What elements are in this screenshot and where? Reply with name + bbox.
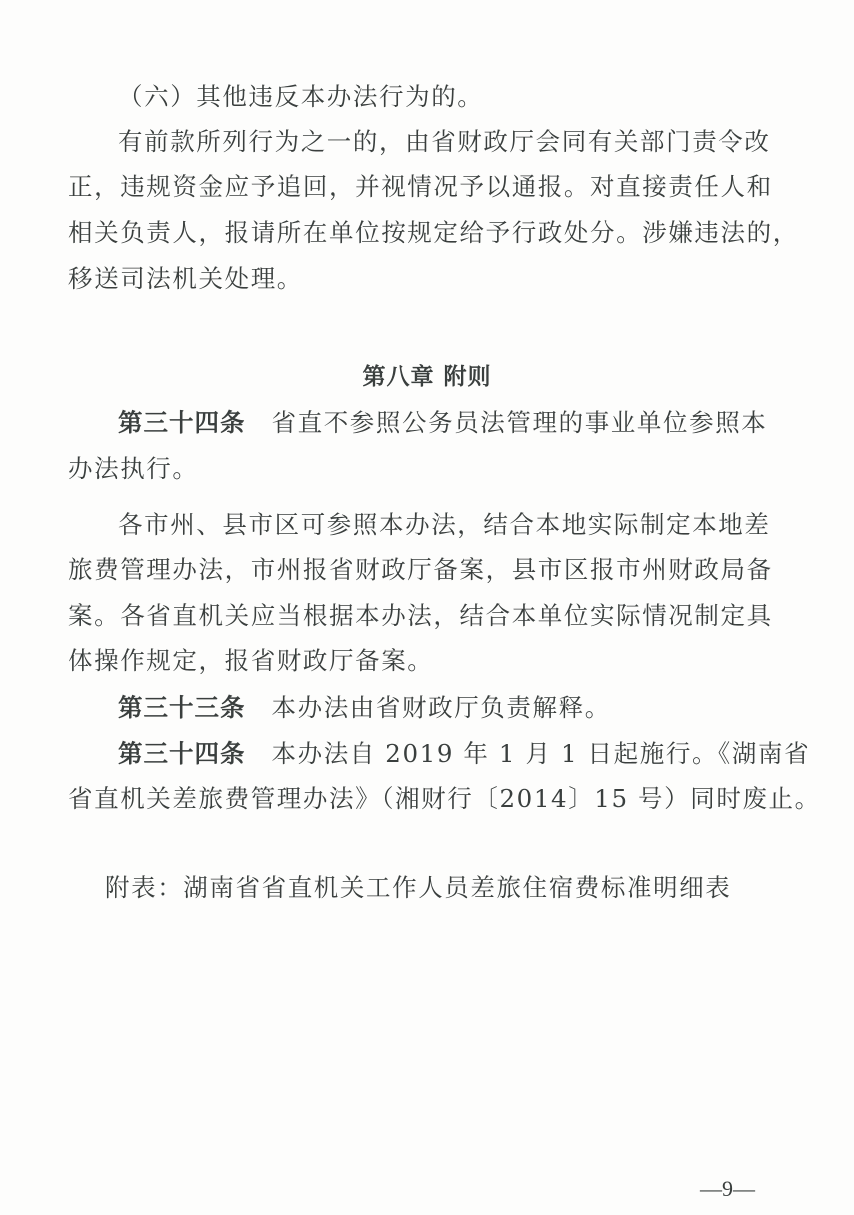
local-paragraph-line-1: 各市州、县市区可参照本办法，结合本地实际制定本地差 xyxy=(118,510,758,540)
attachment-note: 附表：湖南省省直机关工作人员差旅住宿费标准明细表 xyxy=(105,873,795,903)
article-34b-line-1: 第三十四条本办法自 2019 年 1 月 1 日起施行。《湖南省 xyxy=(118,739,758,769)
penalty-paragraph-line-4: 移送司法机关处理。 xyxy=(68,264,758,294)
article-label: 第三十三条 xyxy=(118,693,246,722)
penalty-paragraph-line-3: 相关负责人，报请所在单位按规定给予行政处分。涉嫌违法的， xyxy=(68,218,758,248)
local-paragraph-line-4: 体操作规定，报省财政厅备案。 xyxy=(68,646,758,676)
penalty-paragraph-line-1: 有前款所列行为之一的，由省财政厅会同有关部门责令改 xyxy=(118,127,758,157)
article-34b-line-2: 省直机关差旅费管理办法》（湘财行〔2014〕15 号）同时废止。 xyxy=(68,784,758,814)
article-text: 省直不参照公务员法管理的事业单位参照本 xyxy=(272,408,768,437)
article-text: 本办法由省财政厅负责解释。 xyxy=(272,693,611,722)
article-label: 第三十四条 xyxy=(118,408,246,437)
chapter-heading: 第八章 附则 xyxy=(0,362,854,392)
article-34a-line-2: 办法执行。 xyxy=(68,454,758,484)
article-33-line: 第三十三条本办法由省财政厅负责解释。 xyxy=(118,693,758,723)
local-paragraph-line-3: 案。各省直机关应当根据本办法，结合本单位实际情况制定具 xyxy=(68,601,758,631)
article-label: 第三十四条 xyxy=(118,739,246,768)
article-34a-line-1: 第三十四条省直不参照公务员法管理的事业单位参照本 xyxy=(118,408,758,438)
penalty-paragraph-line-2: 正，违规资金应予追回，并视情况予以通报。对直接责任人和 xyxy=(68,172,758,202)
item-six-paragraph: （六）其他违反本办法行为的。 xyxy=(118,82,758,112)
document-page: （六）其他违反本办法行为的。 有前款所列行为之一的，由省财政厅会同有关部门责令改… xyxy=(0,0,854,1215)
page-number: —9— xyxy=(700,1176,755,1202)
local-paragraph-line-2: 旅费管理办法，市州报省财政厅备案，县市区报市州财政局备 xyxy=(68,555,758,585)
article-text: 本办法自 2019 年 1 月 1 日起施行。《湖南省 xyxy=(272,739,811,768)
